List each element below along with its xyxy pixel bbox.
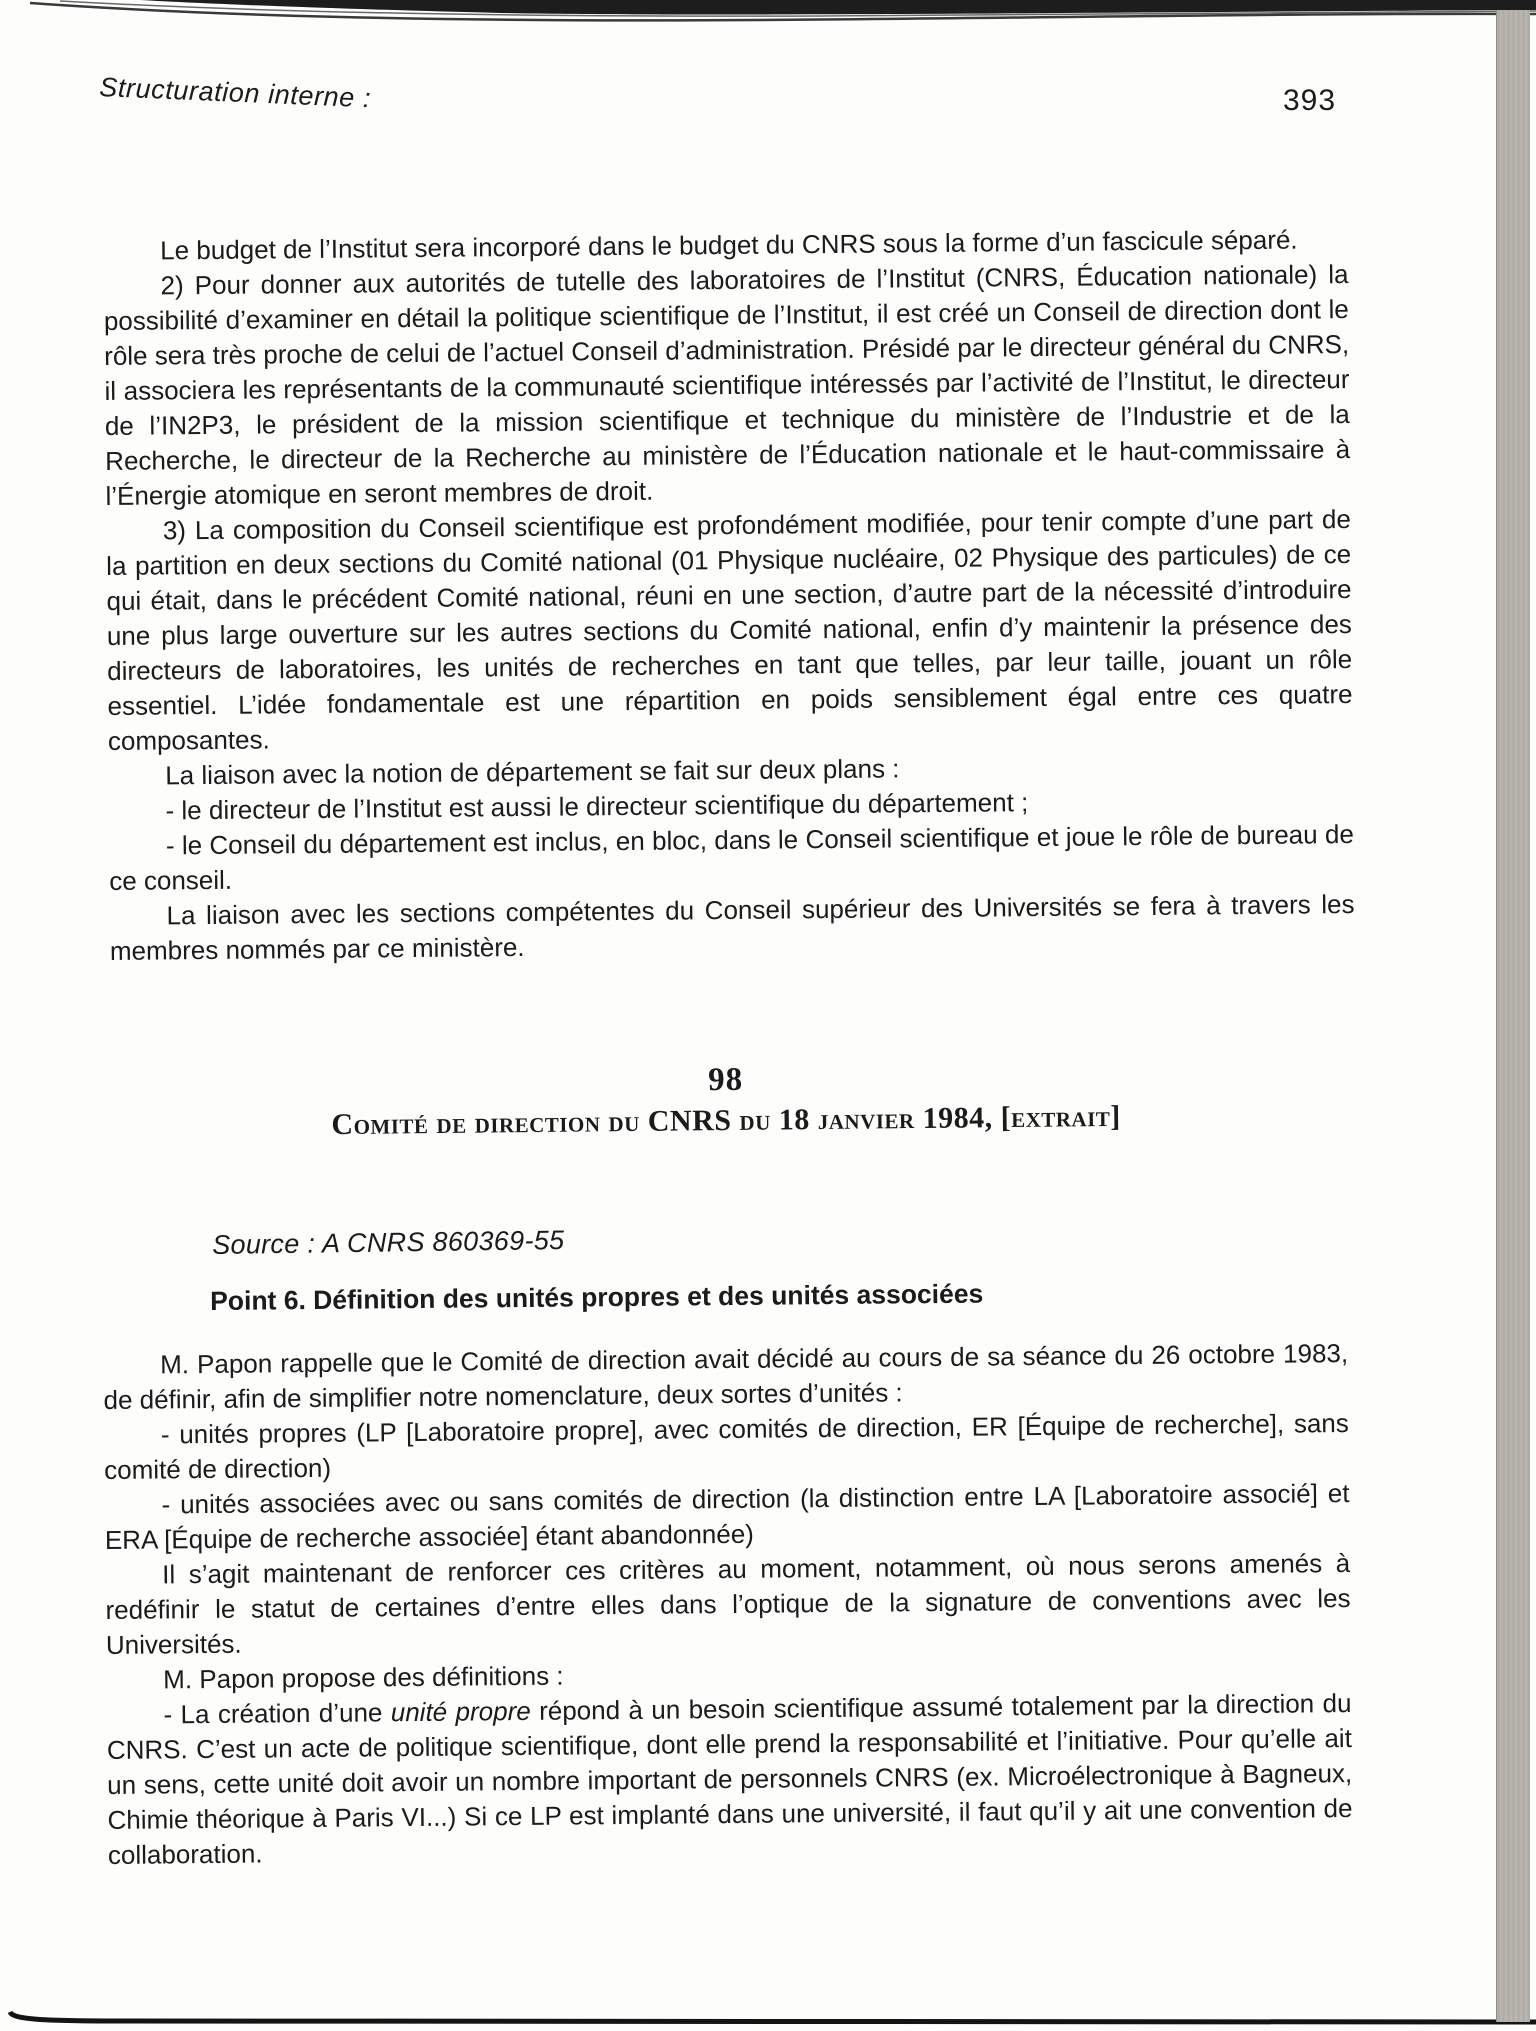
running-title: Structuration interne : [99,72,372,114]
list-item: - unités propres (LP [Laboratoire propre… [104,1406,1350,1488]
document-title: Comité de direction du CNRS du 18 janvie… [103,1097,1348,1144]
book-page: Structuration interne : 393 Le budget de… [0,0,1536,2031]
paragraph: M. Papon rappelle que le Comité de direc… [103,1336,1349,1418]
document-1-text: Le budget de l’Institut sera incorporé d… [103,222,1355,969]
book-fore-edge [1496,10,1530,2022]
point-heading: Point 6. Définition des unités propres e… [210,1279,983,1317]
document-number: 98 [103,1055,1348,1105]
source-line: Source : A CNRS 860369-55 [212,1225,565,1261]
paragraph: Il s’agit maintenant de renforcer ces cr… [105,1546,1351,1663]
page-bottom-edge [10,2012,1536,2022]
page-number: 393 [1283,84,1336,118]
document-2-text: M. Papon rappelle que le Comité de direc… [103,1336,1353,1873]
paragraph: La liaison avec les sections compétentes… [109,887,1355,969]
list-item: - le Conseil du département est inclus, … [109,817,1355,899]
list-item: - La création d’une unité propre répond … [106,1686,1353,1873]
definition-term: unité propre [391,1696,531,1727]
document-heading: 98 Comité de direction du CNRS du 18 jan… [103,1055,1349,1144]
paragraph: 3) La composition du Conseil scientifiqu… [106,502,1353,759]
paragraph: 2) Pour donner aux autorités de tutelle … [103,257,1350,514]
page-top-edge [140,0,1536,15]
list-item: - unités associées avec ou sans comités … [104,1476,1350,1558]
definition-prefix: - La création d’une [163,1697,391,1729]
